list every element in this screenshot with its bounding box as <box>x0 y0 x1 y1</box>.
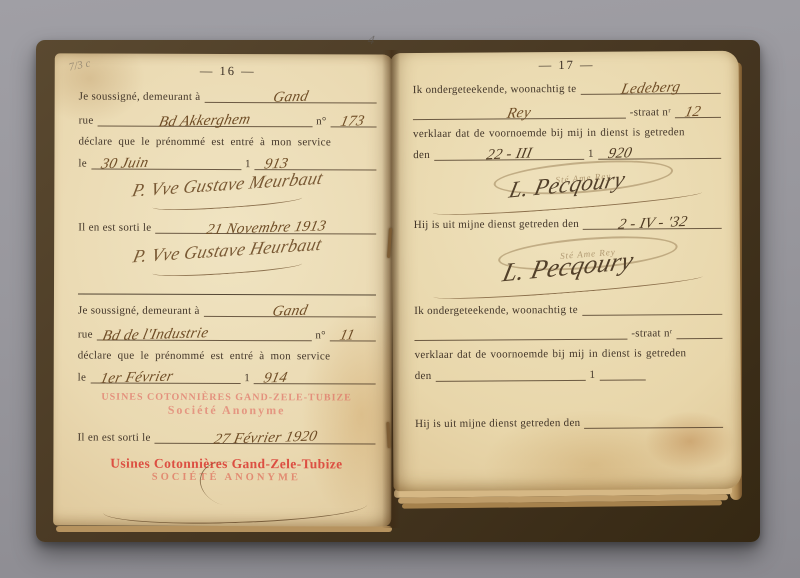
form-row-residence: Je soussigné, demeurant à Gand <box>79 88 377 103</box>
form-label: den <box>413 149 430 161</box>
form-label: verklaar dat de voornoemde bij mij in di… <box>415 347 687 361</box>
form-row-street: rue Bd Akkerghem n° 173 <box>79 112 377 127</box>
form-label: rue <box>78 328 93 340</box>
form-line: Gand <box>204 303 376 318</box>
form-row-date: den 1 <box>415 366 655 382</box>
handwritten-street: Bd Akkerghem <box>205 113 296 130</box>
form-label: Hij is uit mijne dienst getreden den <box>415 417 580 430</box>
form-line: 11 <box>330 327 376 341</box>
form-line: 27 Février 1920 <box>155 430 376 445</box>
form-line: Ledeberg <box>580 80 720 95</box>
form-row-street: -straat nʳ <box>414 325 722 341</box>
handwritten-year: 914 <box>264 370 287 387</box>
form-label: Je soussigné, demeurant à <box>78 304 200 316</box>
form-label: 1 <box>589 369 595 381</box>
handwritten-number: 173 <box>341 113 364 130</box>
form-line: 1er Février <box>90 370 240 385</box>
handwritten-date: 22 - III <box>509 146 554 163</box>
handwritten-street: Bd de l'Industrie <box>103 327 208 344</box>
workbook-photo: 7/3 c — 16 — Je soussigné, demeurant à G… <box>36 40 760 542</box>
form-label: den <box>415 370 432 382</box>
form-line: Gand <box>204 89 376 104</box>
form-row-date: le 30 Juin 1 913 <box>78 155 376 170</box>
page-stack-edge <box>56 526 392 532</box>
form-line: 12 <box>675 104 721 118</box>
form-row-exit: Il en est sorti le 27 Février 1920 <box>77 429 375 444</box>
page-number: — 17 — <box>413 57 721 74</box>
handwritten-residence: Ledeberg <box>650 80 709 97</box>
signature-block: Sté Ame Rey L. Pecqoury <box>414 237 722 299</box>
form-row-residence: Je soussigné, demeurant à Gand <box>78 302 376 317</box>
form-label: 1 <box>244 372 250 384</box>
form-line <box>599 366 645 380</box>
form-label: déclare que le prénommé est entré à mon … <box>78 349 331 362</box>
form-line: 21 Novembre 1913 <box>155 220 376 235</box>
signature-block: P. Vve Gustave Meurbaut <box>78 173 376 220</box>
red-stamp-bold: Usines Cotonnières Gand-Zele-Tubize SOCI… <box>77 455 375 483</box>
form-row-declaration: déclare que le prénommé est entré à mon … <box>78 349 376 362</box>
pencil-annotation: 4 <box>367 32 376 49</box>
handwritten-residence: Gand <box>291 89 326 106</box>
form-line: Bd de l'Industrie <box>97 327 312 342</box>
stamp-company-type: Société Anonyme <box>78 402 376 418</box>
form-label: Il en est sorti le <box>78 221 151 233</box>
form-label: -straat nʳ <box>630 106 671 118</box>
form-row-street: rue Bd de l'Industrie n° 11 <box>78 326 376 341</box>
form-label: Il en est sorti le <box>77 431 150 443</box>
form-label: Hij is uit mijne dienst getreden den <box>414 218 579 231</box>
form-label: Ik ondergeteekende, woonachtig te <box>414 304 578 317</box>
handwritten-street: Rey <box>519 105 543 122</box>
page-right-content: — 17 — Ik ondergeteekende, woonachtig te… <box>390 51 741 430</box>
blank-space <box>415 380 723 416</box>
handwritten-residence: Gand <box>290 303 325 320</box>
form-line <box>435 367 585 382</box>
handwritten-exit-date: 2 - IV - '32 <box>652 215 720 232</box>
page-left: 7/3 c — 16 — Je soussigné, demeurant à G… <box>53 53 393 526</box>
form-label: 1 <box>245 158 251 170</box>
form-line <box>414 326 627 341</box>
handwritten-number: 11 <box>340 327 355 344</box>
form-line: Bd Akkerghem <box>98 113 313 128</box>
form-label: n° <box>315 329 326 341</box>
form-row-exit: Hij is uit mijne dienst getreden den <box>415 414 723 430</box>
handwritten-exit-date: 21 Novembre 1913 <box>266 220 384 237</box>
stamp-company-type: SOCIÉTÉ ANONYME <box>77 471 375 483</box>
handwritten-exit-date: 27 Février 1920 <box>265 430 367 447</box>
page-number: — 16 — <box>79 63 377 79</box>
red-stamp-faded: USINES COTONNIÈRES GAND-ZELE-TUBIZE Soci… <box>78 391 376 418</box>
form-line: Rey <box>413 105 626 120</box>
form-label: le <box>78 371 87 383</box>
form-line: 920 <box>598 145 721 160</box>
form-label: n° <box>316 115 327 127</box>
form-line: 30 Juin <box>91 156 241 171</box>
form-label: le <box>78 157 87 169</box>
form-label: Ik ondergeteekende, woonachtig te <box>413 83 577 96</box>
handwritten-date: 1er Février <box>100 370 172 387</box>
separator-line <box>78 293 376 295</box>
form-row-declaration: verklaar dat de voornoemde bij mij in di… <box>415 347 723 361</box>
form-row-declaration: déclare que le prénommé est entré à mon … <box>78 135 376 148</box>
stamp-company-name: Usines Cotonnières Gand-Zele-Tubize <box>77 455 375 472</box>
form-row-exit: Il en est sorti le 21 Novembre 1913 <box>78 219 376 234</box>
signature-block: P. Vve Gustave Heurbaut <box>78 239 376 290</box>
form-row-declaration: verklaar dat de voornoemde bij mij in di… <box>413 126 721 140</box>
form-line: 914 <box>254 370 376 384</box>
handwritten-number: 12 <box>685 104 701 121</box>
form-label: Je soussigné, demeurant à <box>79 90 201 102</box>
form-line <box>582 301 722 316</box>
form-line: 2 - IV - '32 <box>583 215 722 230</box>
form-row-exit: Hij is uit mijne dienst getreden den 2 -… <box>414 215 722 231</box>
form-label: -straat nʳ <box>631 327 672 339</box>
signature-block: Sté Ame Rey L. Pecqoury <box>413 161 721 215</box>
form-row-residence: Ik ondergeteekende, woonachtig te Ledebe… <box>413 80 721 96</box>
handwritten-date: 30 Juin <box>101 156 148 173</box>
form-row-residence: Ik ondergeteekende, woonachtig te <box>414 301 722 317</box>
form-line: 22 - III <box>434 146 584 161</box>
form-label: rue <box>79 114 94 126</box>
form-row-date: den 22 - III 1 920 <box>413 145 721 161</box>
form-label: déclare que le prénommé est entré à mon … <box>78 135 331 148</box>
form-label: 1 <box>588 148 594 160</box>
form-line <box>676 325 722 339</box>
form-row-date: le 1er Février 1 914 <box>78 369 376 384</box>
page-right: — 17 — Ik ondergeteekende, woonachtig te… <box>390 51 741 491</box>
form-label: verklaar dat de voornoemde bij mij in di… <box>413 126 685 140</box>
form-line <box>584 414 723 429</box>
form-row-street: Rey -straat nʳ 12 <box>413 104 721 120</box>
form-line: 173 <box>331 113 377 127</box>
page-left-content: — 16 — Je soussigné, demeurant à Gand ru… <box>53 53 392 483</box>
